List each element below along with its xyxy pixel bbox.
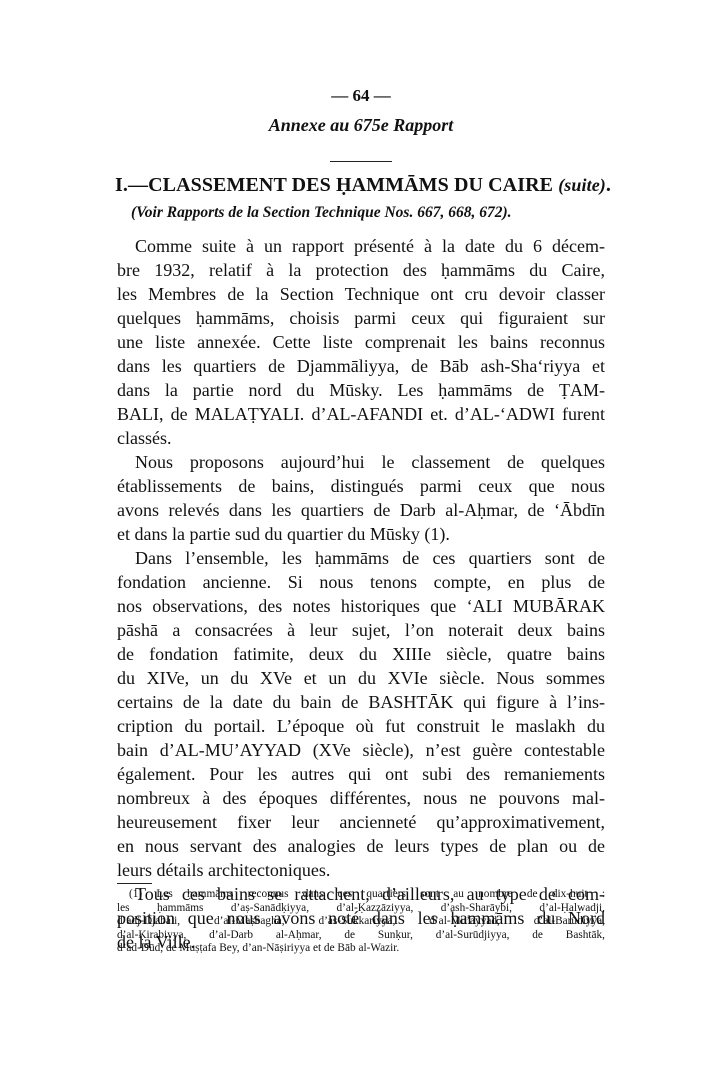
- body-line: Nous proposons aujourd’hui le classement…: [117, 450, 605, 474]
- section-subheading: (Voir Rapports de la Section Technique N…: [131, 204, 611, 222]
- body-line: une liste annexée. Cette liste comprenai…: [117, 330, 605, 354]
- annexe-title: Annexe au 675e Rapport: [117, 115, 605, 136]
- body-line: classés.: [117, 426, 605, 450]
- body-line: en nous servant des analogies de leurs t…: [117, 834, 605, 858]
- body-line: avons relevés dans les quartiers de Darb…: [117, 498, 605, 522]
- footnote-line: les ḥammāms d’aṣ-Sanādḳiyya, d’al-Ḳazzāz…: [117, 902, 605, 916]
- body-line: dans la partie nord du Mūsky. Les ḥammām…: [117, 378, 605, 402]
- body-line: fondation ancienne. Si nous tenons compt…: [117, 570, 605, 594]
- body-line: bre 1932, relatif à la protection des ḥa…: [117, 258, 605, 282]
- body-line: cription du portail. L’époque où fut con…: [117, 714, 605, 738]
- section-heading: I.—CLASSEMENT DES ḤAMMĀMS DU CAIRE (suit…: [115, 174, 607, 197]
- body-line: BALI, de MALAṬYALI. d’AL-AFANDI et. d’AL…: [117, 402, 605, 426]
- body-line: pāshā a consacrées à leur sujet, l’on no…: [117, 618, 605, 642]
- page-number: — 64 —: [117, 86, 605, 106]
- body-line: heureusement fixer leur ancienneté qu’ap…: [117, 810, 605, 834]
- footnote-line: (1) Les ḥammāms reconnus dans ces quarti…: [117, 888, 605, 902]
- body-line: Comme suite à un rapport présenté à la d…: [117, 234, 605, 258]
- body-line: Dans l’ensemble, les ḥammāms de ces quar…: [117, 546, 605, 570]
- body-text: Comme suite à un rapport présenté à la d…: [117, 234, 605, 954]
- body-line: leurs détails architectoniques.: [117, 858, 605, 882]
- body-line: bain d’AL-MU’AYYAD (XVe siècle), n’est g…: [117, 738, 605, 762]
- footnote-rule: [117, 883, 152, 884]
- footnote-line: d’ad-Dūd, de Muṣṭafa Bey, d’an-Nāṣiriyya…: [117, 942, 605, 956]
- footnote-line: d’adj-Djabali, d’al-Maṣbagha, d’as-Sukka…: [117, 915, 605, 929]
- section-heading-end: .: [606, 174, 611, 196]
- section-heading-suite: (suite): [558, 175, 606, 195]
- body-line: du XIVe, un du XVe et un du XVIe siècle.…: [117, 666, 605, 690]
- body-line: quelques ḥammāms, choisis parmi ceux qui…: [117, 306, 605, 330]
- title-rule: [330, 161, 392, 162]
- body-line: les Membres de la Section Technique ont …: [117, 282, 605, 306]
- body-line: nos observations, des notes historiques …: [117, 594, 605, 618]
- body-line: et dans la partie sud du quartier du Mūs…: [117, 522, 605, 546]
- body-line: dans les quartiers de Djammāliyya, de Bā…: [117, 354, 605, 378]
- body-line: de fondation fatimite, deux du XIIIe siè…: [117, 642, 605, 666]
- body-line: également. Pour les autres qui ont subi …: [117, 762, 605, 786]
- footnote-line: d’al-Ḳirabiyya, d’al-Darb al-Aḥmar, de S…: [117, 929, 605, 943]
- section-heading-main: I.—CLASSEMENT DES ḤAMMĀMS DU CAIRE: [115, 174, 553, 196]
- body-line: nombreux à des époques différentes, nous…: [117, 786, 605, 810]
- body-line: certains de la date du bain de BASHTĀK q…: [117, 690, 605, 714]
- body-line: établissements de bains, distingués parm…: [117, 474, 605, 498]
- footnote: (1) Les ḥammāms reconnus dans ces quarti…: [117, 888, 605, 956]
